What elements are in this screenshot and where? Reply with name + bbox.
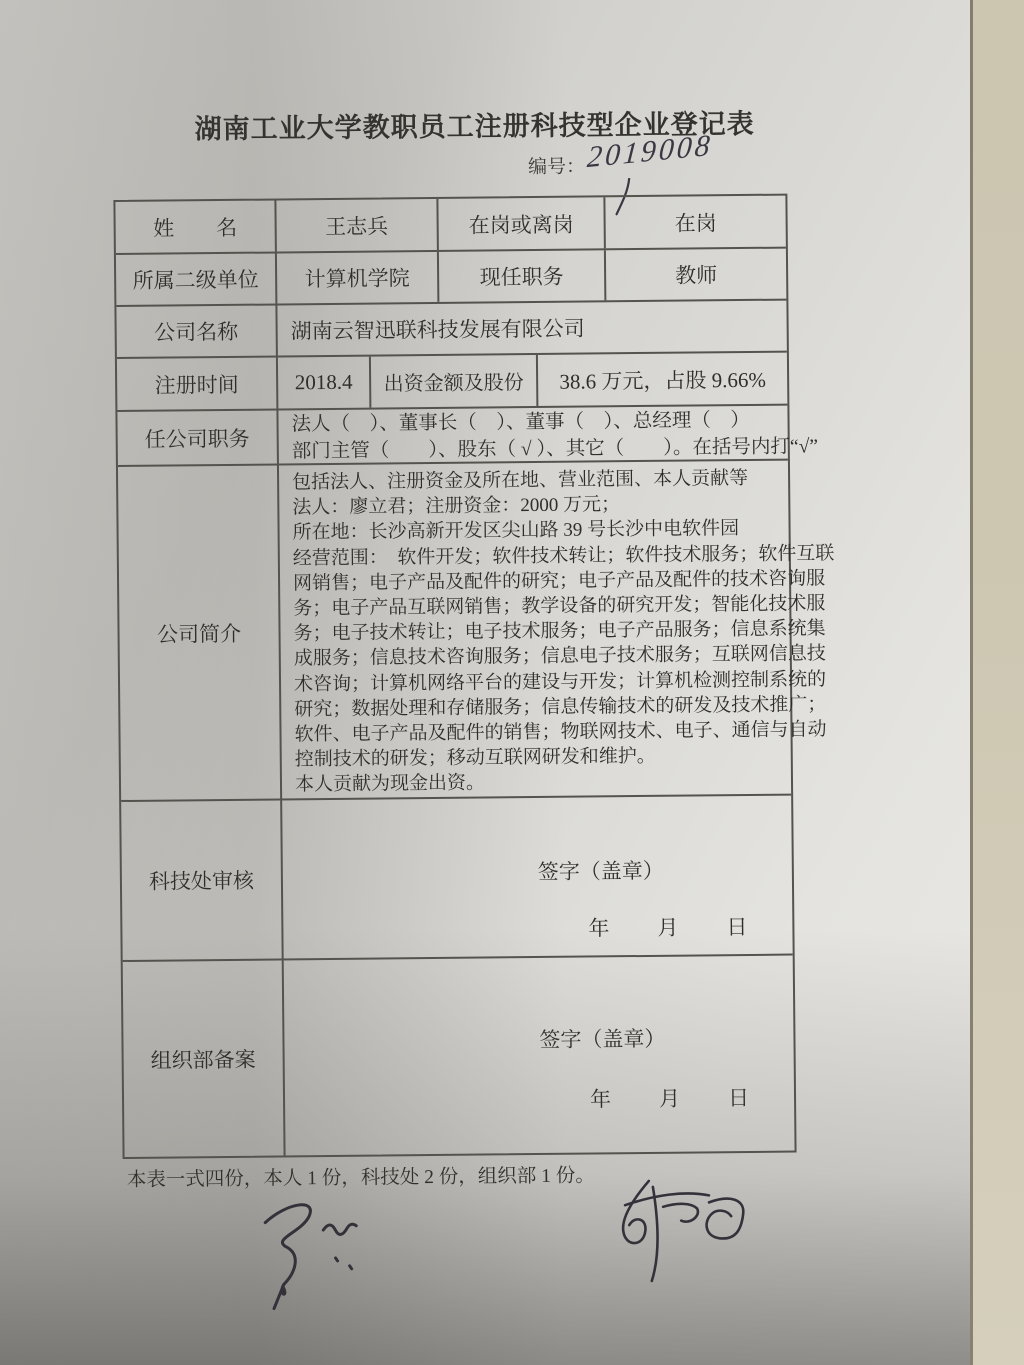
position-value: 教师 [606, 249, 786, 301]
copies-footnote: 本表一式四份，本人 1 份，科技处 2 份，组织部 1 份。 [127, 1159, 595, 1191]
sign-seal-label: 签字（盖章） [539, 1023, 665, 1054]
registration-form-table: 姓 名 王志兵 在岗或离岗 在岗 所属二级单位 计算机学院 现任职务 教师 公司… [113, 194, 796, 1159]
onduty-value: 在岗 [605, 196, 785, 249]
document-content: 湖南工业大学教职员工注册科技型企业登记表 编号： 2019008 姓 名 王志兵… [0, 0, 982, 1365]
company-intro-label: 公司简介 [118, 465, 282, 800]
intro-line: 控制技术的研发；移动互联网研发和维护。 [295, 744, 656, 773]
sign-seal-label: 签字（盖章） [538, 855, 664, 886]
name-label: 姓 名 [115, 200, 276, 253]
capital-value: 38.6 万元，占股 9.66% [538, 353, 787, 406]
company-duty-label: 任公司职务 [117, 410, 279, 465]
company-duty-options: 法人（ ）、董事长（ ）、董事（ ）、总经理（ ） 部门主管（ ）、股东（ √ … [278, 405, 818, 463]
signature-right [597, 1172, 768, 1294]
table-row: 注册时间 2018.4 出资金额及股份 38.6 万元，占股 9.66% [117, 353, 787, 412]
position-label: 现任职务 [439, 250, 606, 302]
sci-tech-review-label: 科技处审核 [121, 800, 284, 960]
date-blank-label: 年 月 日 [588, 911, 749, 943]
serial-label: 编号： [528, 152, 585, 180]
org-dept-record-label: 组织部备案 [123, 960, 286, 1157]
unit-label: 所属二级单位 [116, 253, 277, 305]
company-name-label: 公司名称 [116, 305, 277, 357]
company-name-value: 湖南云智迅联科技发展有限公司 [277, 301, 786, 356]
table-row: 任公司职务 法人（ ）、董事长（ ）、董事（ ）、总经理（ ） 部门主管（ ）、… [117, 406, 787, 467]
date-blank-label: 年 月 日 [590, 1082, 751, 1114]
intro-line: 包括法人、注册资金及所在地、营业范围、本人贡献等 [292, 466, 748, 496]
onduty-label: 在岗或离岗 [438, 197, 605, 250]
signature-left [243, 1189, 394, 1315]
table-row: 所属二级单位 计算机学院 现任职务 教师 [116, 249, 786, 307]
table-row: 组织部备案 签字（盖章） 年 月 日 [123, 956, 795, 1157]
company-intro-body: 包括法人、注册资金及所在地、营业范围、本人贡献等 法人：廖立君；注册资金：200… [279, 460, 837, 798]
table-row: 姓 名 王志兵 在岗或离岗 在岗 [115, 196, 785, 255]
table-row: 公司名称 湖南云智迅联科技发展有限公司 [116, 301, 786, 359]
capital-label: 出资金额及股份 [371, 355, 538, 408]
name-value: 王志兵 [276, 199, 438, 252]
register-date-value: 2018.4 [278, 357, 371, 409]
org-dept-record-area: 签字（盖章） 年 月 日 [284, 956, 795, 1156]
unit-value: 计算机学院 [277, 252, 439, 304]
intro-line: 软件、电子产品及配件的销售；物联网技术、电子、通信与自动 [294, 717, 826, 747]
intro-line: 本人贡献为现金出资。 [295, 771, 485, 798]
register-date-label: 注册时间 [117, 357, 278, 410]
table-row: 科技处审核 签字（盖章） 年 月 日 [121, 796, 793, 962]
table-row: 公司简介 包括法人、注册资金及所在地、营业范围、本人贡献等 法人：廖立君；注册资… [118, 461, 791, 802]
intro-line: 法人：廖立君；注册资金：2000 万元； [292, 492, 620, 520]
sci-tech-review-area: 签字（盖章） 年 月 日 [282, 796, 792, 959]
photo-of-document: 湖南工业大学教职员工注册科技型企业登记表 编号： 2019008 姓 名 王志兵… [0, 0, 1024, 1365]
